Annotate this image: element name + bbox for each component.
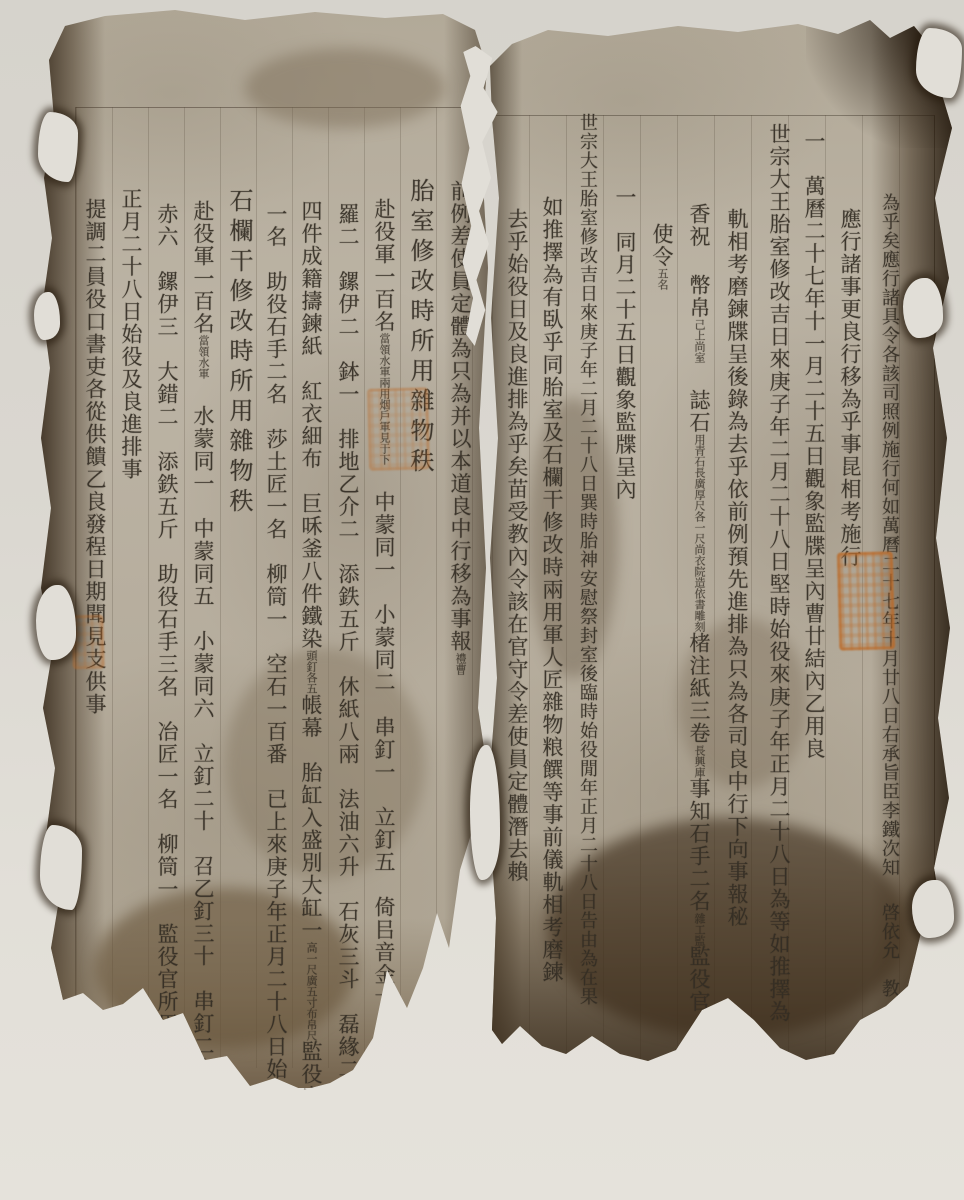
column-text: 監役官 (687, 946, 711, 1014)
column-text: 如推擇為有臥乎同胎室及石欄干修改時兩用軍人匠雜物粮饌等事前儀軌相考磨鍊 (540, 196, 564, 984)
column-text: 世宗大王胎室修改吉日來庚子年二月二十八日堅時始役來庚子年正月二十八日為等如推擇為… (762, 123, 791, 1023)
text-column: 赴役軍一百名當領水軍兩用烟戶軍見于下中蒙同一 小蒙同二 串釘一 立釘五 倚㠯音金… (367, 198, 401, 1118)
seam-tear-lower (470, 745, 500, 880)
column-text: 啓依允 教 (879, 903, 900, 998)
column-text: 帳幕 胎缸入盛別大缸一 (299, 694, 323, 942)
text-column: 羅二 鏍伊二 鉢一 排地乙介二 添鉄五斤 休紙八兩 法油六升 石灰三斗 磊緣二斤… (331, 203, 365, 1123)
annotation-text: 用青石長廣厚尺各一尺尚衣院造依書雕刻 (693, 434, 706, 632)
annotation-text: 禮曹 (454, 653, 467, 675)
text-columns: 為乎矣應行諸具令各該司照例施行何如萬曆二十七年十月廿八日右承旨臣李鐵次知啓依允 … (488, 18, 956, 1063)
column-text: 楮注紙三卷 (687, 632, 711, 745)
column-text: 應行諸事更良行移為乎事昆相考施行 (838, 208, 862, 568)
column-text: 事知石手二名 (687, 778, 711, 913)
manuscript-photo: 前例差使員定體為只為并以本道良中行移為事報禮曹胎室修改時所用雜物秩赴役軍一百名當… (0, 0, 964, 1200)
column-text: 為乎矣應行諸具令各該司照例施行何如 (879, 193, 900, 516)
torn-hole (912, 880, 954, 938)
column-text: 四件成籍擣鍊紙 紅衣細布 巨咊釜八件鐵染 (299, 200, 323, 650)
torn-hole (903, 278, 943, 338)
column-text: 赴役軍一百名 (191, 200, 215, 335)
column-text: 赴役軍一百名 (372, 198, 396, 333)
annotation-text: 長興庫 (693, 745, 706, 778)
text-column: 世宗大王胎室修改吉日來庚子年二月二十八日巽時胎神安慰祭封室後臨時始役閒年正月二十… (570, 113, 604, 1033)
column-text: 使令 (650, 223, 674, 268)
manuscript-page-left: 前例差使員定體為只為并以本道良中行移為事報禮曹胎室修改時所用雜物秩赴役軍一百名當… (35, 8, 490, 1088)
text-column: 石欄干修改時所用雜物秩 (222, 188, 256, 1108)
annotation-text: 雜工監 (693, 913, 706, 946)
column-text: 一 萬曆二十七年十一月二十五日觀象監牒呈內曹廿結內乙用良 (802, 130, 826, 760)
text-column: 正月二十八日始役及良進排事 (114, 188, 148, 1108)
column-text: 石欄干修改時所用雜物秩 (225, 188, 253, 518)
text-column: 去乎始役日及良進排為乎矣苗受教內令該在官守令差使員定體潛去賴 (500, 208, 534, 1128)
red-seal-stamp (367, 387, 430, 471)
text-column: 一 同月二十五日觀象監牒呈內 (608, 186, 642, 1106)
text-column: 赤六 鏍伊三 大錯二 添鉄五斤 助役石手三名 冶匠一名 柳筒一 監役官所用公事下… (150, 203, 184, 1123)
annotation-text: 高一尺廣五寸布帛尺 (305, 942, 318, 1041)
annotation-text: 當領水軍 (197, 335, 210, 379)
text-column: 四件成籍擣鍊紙 紅衣細布 巨咊釜八件鐵染頭釘各五帳幕 胎缸入盛別大缸一高一尺廣五… (294, 200, 328, 1120)
annotation-text: 五名 (656, 268, 669, 290)
column-text: 一 同月二十五日觀象監牒呈內 (613, 186, 637, 501)
column-text: 世宗大王胎室修改吉日來庚子年二月二十八日巽時胎神安慰祭封室後臨時始役閒年正月二十… (577, 113, 598, 1006)
text-column: 一 萬曆二十七年十一月二十五日觀象監牒呈內曹廿結內乙用良 (797, 130, 831, 1050)
annotation-text: 頭釘各五 (305, 650, 318, 694)
text-column: 世宗大王胎室修改吉日來庚子年二月二十八日堅時始役來庚子年正月二十八日為等如推擇為… (762, 123, 796, 1043)
text-column: 為乎矣應行諸具令各該司照例施行何如萬曆二十七年十月廿八日右承旨臣李鐵次知啓依允 … (872, 193, 906, 1113)
column-text: 幣帛 (687, 274, 711, 319)
torn-hole (916, 28, 962, 98)
text-column: 如推擇為有臥乎同胎室及石欄干修改時兩用軍人匠雜物粮饌等事前儀軌相考磨鍊 (535, 196, 569, 1116)
text-column: 使令五名 (645, 223, 679, 1143)
text-column: 應行諸事更良行移為乎事昆相考施行 (833, 208, 867, 1128)
torn-hole (34, 292, 60, 340)
text-column: 一名 助役石手二名 莎土匠一名 柳筒一 空石一百番 已上來庚子年正月二十八日始役… (259, 203, 293, 1123)
column-text: 去乎始役日及良進排為乎矣苗受教內令該在官守令差使員定體潛去賴 (505, 208, 529, 883)
column-text: 軌相考磨鍊牒呈後錄為去乎依前例預先進排為只為各司良中行下向事報秘 (725, 208, 749, 928)
red-seal-stamp (71, 615, 104, 670)
column-text: 羅二 鏍伊二 鉢一 排地乙介二 添鉄五斤 休紙八兩 法油六升 石灰三斗 磊緣二斤… (331, 203, 360, 1123)
text-column: 赴役軍一百名當領水軍水蒙同一 中蒙同五 小蒙同六 立釘二十 召乙釘三十 串釘二十… (186, 200, 220, 1120)
column-text: 正月二十八日始役及良進排事 (119, 188, 143, 481)
text-column: 香祝幣帛己上尚室誌石用青石長廣厚尺各一尺尚衣院造依書雕刻楮注紙三卷長興庫事知石手… (682, 203, 716, 1123)
torn-hole (36, 585, 76, 660)
column-text: 一名 助役石手二名 莎土匠一名 柳筒一 空石一百番 已上來庚子年正月二十八日始役… (259, 203, 288, 1103)
manuscript-page-right: 為乎矣應行諸具令各該司照例施行何如萬曆二十七年十月廿八日右承旨臣李鐵次知啓依允 … (488, 18, 956, 1063)
column-text: 香祝 (687, 203, 711, 248)
text-columns: 前例差使員定體為只為并以本道良中行移為事報禮曹胎室修改時所用雜物秩赴役軍一百名當… (35, 8, 490, 1088)
column-text: 誌石 (687, 389, 711, 434)
column-text: 中蒙同一 小蒙同二 串釘一 立釘五 倚㠯音金十 漢 (372, 491, 396, 1054)
text-column: 軌相考磨鍊牒呈後錄為去乎依前例預先進排為只為各司良中行下向事報秘 (720, 208, 754, 1128)
red-seal-stamp (837, 551, 896, 650)
annotation-text: 己上尚室 (693, 319, 706, 363)
column-text: 赤六 鏍伊三 大錯二 添鉄五斤 助役石手三名 冶匠一名 柳筒一 監役官所用公事下… (150, 203, 179, 1103)
torn-hole (38, 112, 78, 182)
torn-hole (40, 825, 82, 910)
